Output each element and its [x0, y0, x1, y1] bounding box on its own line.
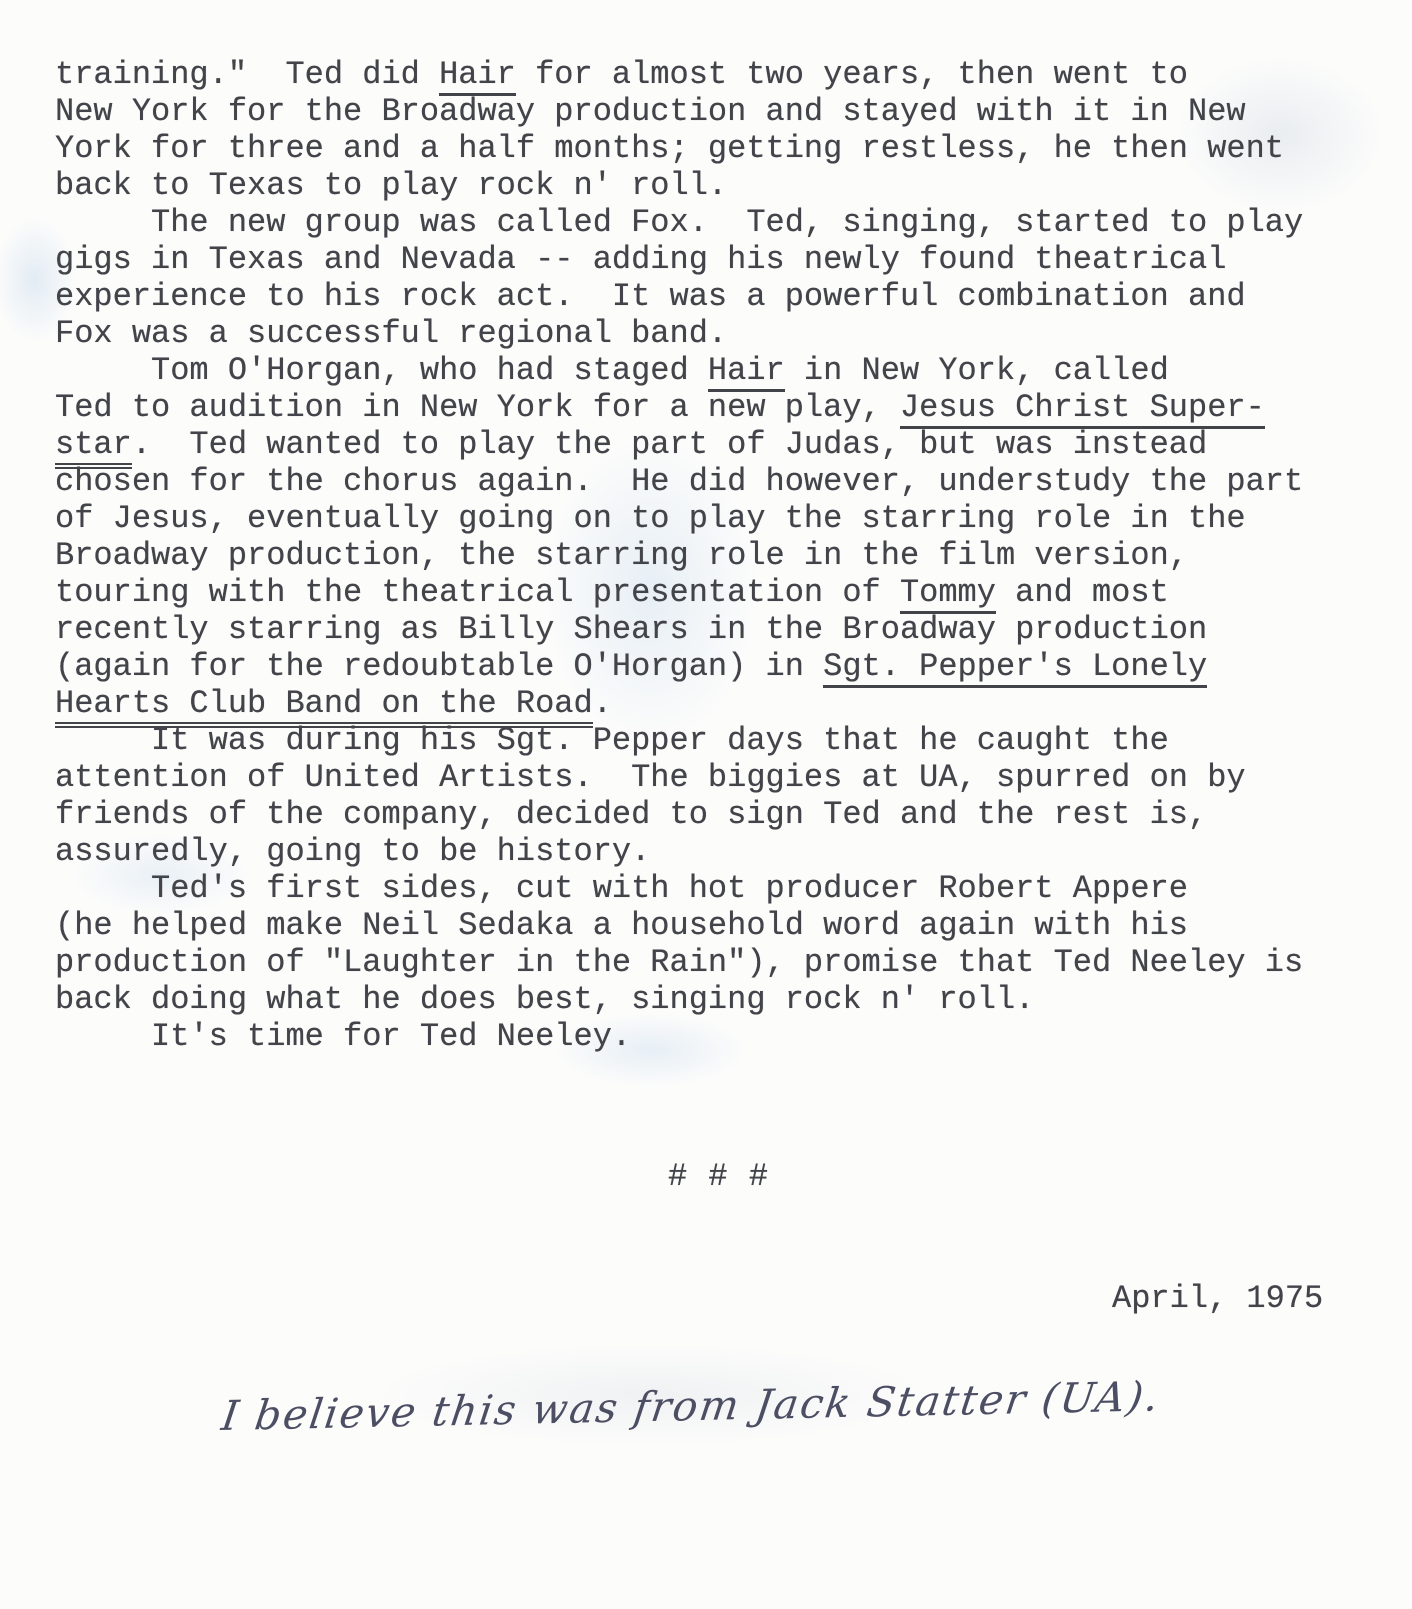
text-line: Fox was a successful regional band. — [55, 315, 1382, 352]
text-line: New York for the Broadway production and… — [55, 93, 1382, 130]
text-line: York for three and a half months; gettin… — [55, 130, 1382, 167]
handwritten-note: I believe this was from Jack Statter (UA… — [219, 1371, 1205, 1440]
text-line: Hearts Club Band on the Road. — [55, 685, 1382, 722]
text-line: back to Texas to play rock n' roll. — [55, 167, 1382, 204]
typewritten-text: training." Ted did Hair for almost two y… — [55, 56, 1382, 1055]
text-line: back doing what he does best, singing ro… — [55, 981, 1382, 1018]
text-line: training." Ted did Hair for almost two y… — [55, 56, 1382, 93]
text-line: gigs in Texas and Nevada -- adding his n… — [55, 241, 1382, 278]
text-line: assuredly, going to be history. — [55, 833, 1382, 870]
text-line: Ted to audition in New York for a new pl… — [55, 389, 1382, 426]
text-line: (he helped make Neil Sedaka a household … — [55, 907, 1382, 944]
text-line: chosen for the chorus again. He did howe… — [55, 463, 1382, 500]
text-line: The new group was called Fox. Ted, singi… — [55, 204, 1382, 241]
text-line: experience to his rock act. It was a pow… — [55, 278, 1382, 315]
text-line: recently starring as Billy Shears in the… — [55, 611, 1382, 648]
text-line: It's time for Ted Neeley. — [55, 1018, 1382, 1055]
text-line: (again for the redoubtable O'Horgan) in … — [55, 648, 1382, 685]
text-line: star. Ted wanted to play the part of Jud… — [55, 426, 1382, 463]
text-line: It was during his Sgt. Pepper days that … — [55, 722, 1382, 759]
text-line: of Jesus, eventually going on to play th… — [55, 500, 1382, 537]
text-line: touring with the theatrical presentation… — [55, 574, 1382, 611]
date-line: April, 1975 — [1112, 1280, 1323, 1317]
text-line: production of "Laughter in the Rain"), p… — [55, 944, 1382, 981]
text-line: Ted's first sides, cut with hot producer… — [55, 870, 1382, 907]
document-page: training." Ted did Hair for almost two y… — [0, 0, 1412, 1609]
text-line: attention of United Artists. The biggies… — [55, 759, 1382, 796]
text-line: Broadway production, the starring role i… — [55, 537, 1382, 574]
text-line: friends of the company, decided to sign … — [55, 796, 1382, 833]
end-marker: # # # — [668, 1158, 769, 1195]
text-line: Tom O'Horgan, who had staged Hair in New… — [55, 352, 1382, 389]
